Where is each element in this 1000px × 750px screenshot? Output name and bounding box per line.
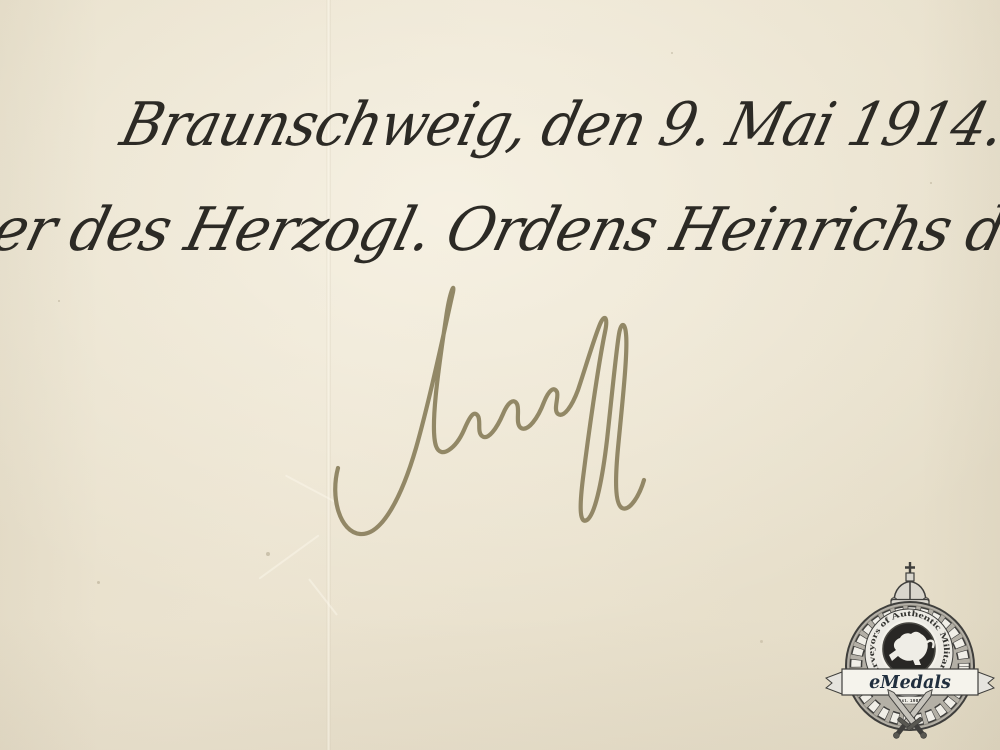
handwriting-dateline: Braunschweig, den 9. Mai 1914. [113,90,1000,160]
ribbon-banner: eMedals [826,669,994,695]
handwriting-order-line: ler des Herzogl. Ordens Heinrichs de [0,195,1000,265]
emedals-watermark: Purveyors of Authentic Militaria eMedals… [824,556,996,750]
signature-stroke [335,288,644,534]
emedals-wordmark: eMedals [869,673,951,693]
document-photo: Braunschweig, den 9. Mai 1914. ler des H… [0,0,1000,750]
crown-icon [891,562,929,607]
emedals-emblem: Purveyors of Authentic Militaria eMedals… [824,556,996,750]
